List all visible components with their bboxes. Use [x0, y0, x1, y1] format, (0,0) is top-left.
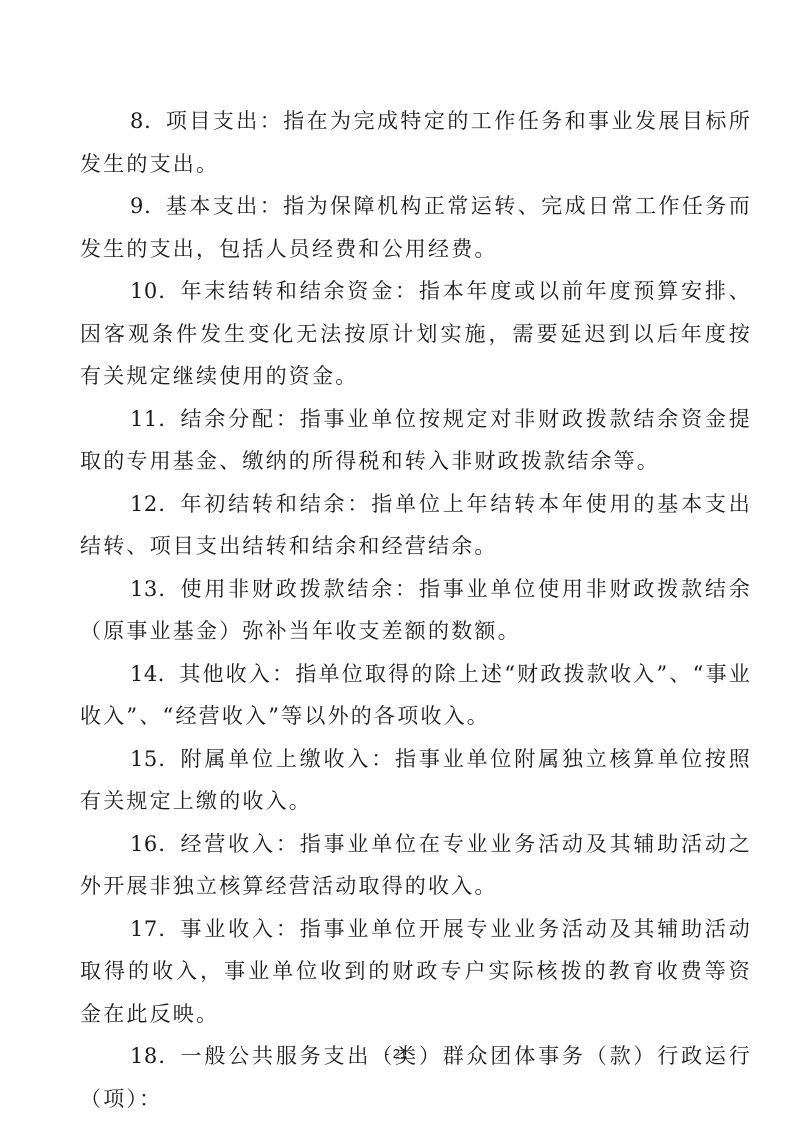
- paragraph-item-8: 8．项目支出：指在为完成特定的工作任务和事业发展目标所发生的支出。: [80, 100, 752, 185]
- document-body: 8．项目支出：指在为完成特定的工作任务和事业发展目标所发生的支出。 9．基本支出…: [80, 100, 752, 1120]
- item-text: 使用非财政拨款结余：指事业单位使用非财政拨款结余（原事业基金）弥补当年收支差额的…: [80, 577, 752, 644]
- paragraph-item-9: 9．基本支出：指为保障机构正常运转、完成日常工作任务而发生的支出，包括人员经费和…: [80, 185, 752, 270]
- item-text: 附属单位上缴收入：指事业单位附属独立核算单位按照有关规定上缴的收入。: [80, 747, 752, 814]
- item-number: 11．: [130, 407, 181, 431]
- item-number: 9．: [130, 194, 166, 218]
- paragraph-item-15: 15．附属单位上缴收入：指事业单位附属独立核算单位按照有关规定上缴的收入。: [80, 738, 752, 823]
- paragraph-item-12: 12．年初结转和结余：指单位上年结转本年使用的基本支出结转、项目支出结转和结余和…: [80, 483, 752, 568]
- item-text: 年初结转和结余：指单位上年结转本年使用的基本支出结转、项目支出结转和结余和经营结…: [80, 492, 752, 559]
- paragraph-item-10: 10．年末结转和结余资金：指本年度或以前年度预算安排、因客观条件发生变化无法按原…: [80, 270, 752, 398]
- item-text: 基本支出：指为保障机构正常运转、完成日常工作任务而发生的支出，包括人员经费和公用…: [80, 194, 752, 261]
- item-number: 8．: [130, 109, 166, 133]
- paragraph-item-17: 17．事业收入：指事业单位开展专业业务活动及其辅助活动取得的收入，事业单位收到的…: [80, 908, 752, 1036]
- paragraph-item-11: 11．结余分配：指事业单位按规定对非财政拨款结余资金提取的专用基金、缴纳的所得税…: [80, 398, 752, 483]
- document-page: 8．项目支出：指在为完成特定的工作任务和事业发展目标所发生的支出。 9．基本支出…: [0, 0, 800, 1131]
- item-text: 项目支出：指在为完成特定的工作任务和事业发展目标所发生的支出。: [80, 109, 752, 176]
- item-number: 12．: [130, 492, 181, 516]
- item-text: 经营收入：指事业单位在专业业务活动及其辅助活动之外开展非独立核算经营活动取得的收…: [80, 832, 752, 899]
- item-text: 事业收入：指事业单位开展专业业务活动及其辅助活动取得的收入，事业单位收到的财政专…: [80, 917, 752, 1026]
- item-text: 年末结转和结余资金：指本年度或以前年度预算安排、因客观条件发生变化无法按原计划实…: [80, 279, 752, 388]
- item-text: 结余分配：指事业单位按规定对非财政拨款结余资金提取的专用基金、缴纳的所得税和转入…: [80, 407, 752, 474]
- item-number: 17．: [130, 917, 181, 941]
- page-number: - 21 -: [0, 1046, 800, 1061]
- item-number: 15．: [130, 747, 181, 771]
- paragraph-item-14: 14．其他收入：指单位取得的除上述“财政拨款收入”、“事业收入”、“经营收入”等…: [80, 653, 752, 738]
- paragraph-item-13: 13．使用非财政拨款结余：指事业单位使用非财政拨款结余（原事业基金）弥补当年收支…: [80, 568, 752, 653]
- item-number: 16．: [130, 832, 181, 856]
- item-number: 13．: [130, 577, 181, 601]
- item-text: 其他收入：指单位取得的除上述“财政拨款收入”、“事业收入”、“经营收入”等以外的…: [80, 662, 752, 729]
- item-number: 14．: [130, 662, 179, 686]
- item-number: 10．: [130, 279, 181, 303]
- paragraph-item-16: 16．经营收入：指事业单位在专业业务活动及其辅助活动之外开展非独立核算经营活动取…: [80, 823, 752, 908]
